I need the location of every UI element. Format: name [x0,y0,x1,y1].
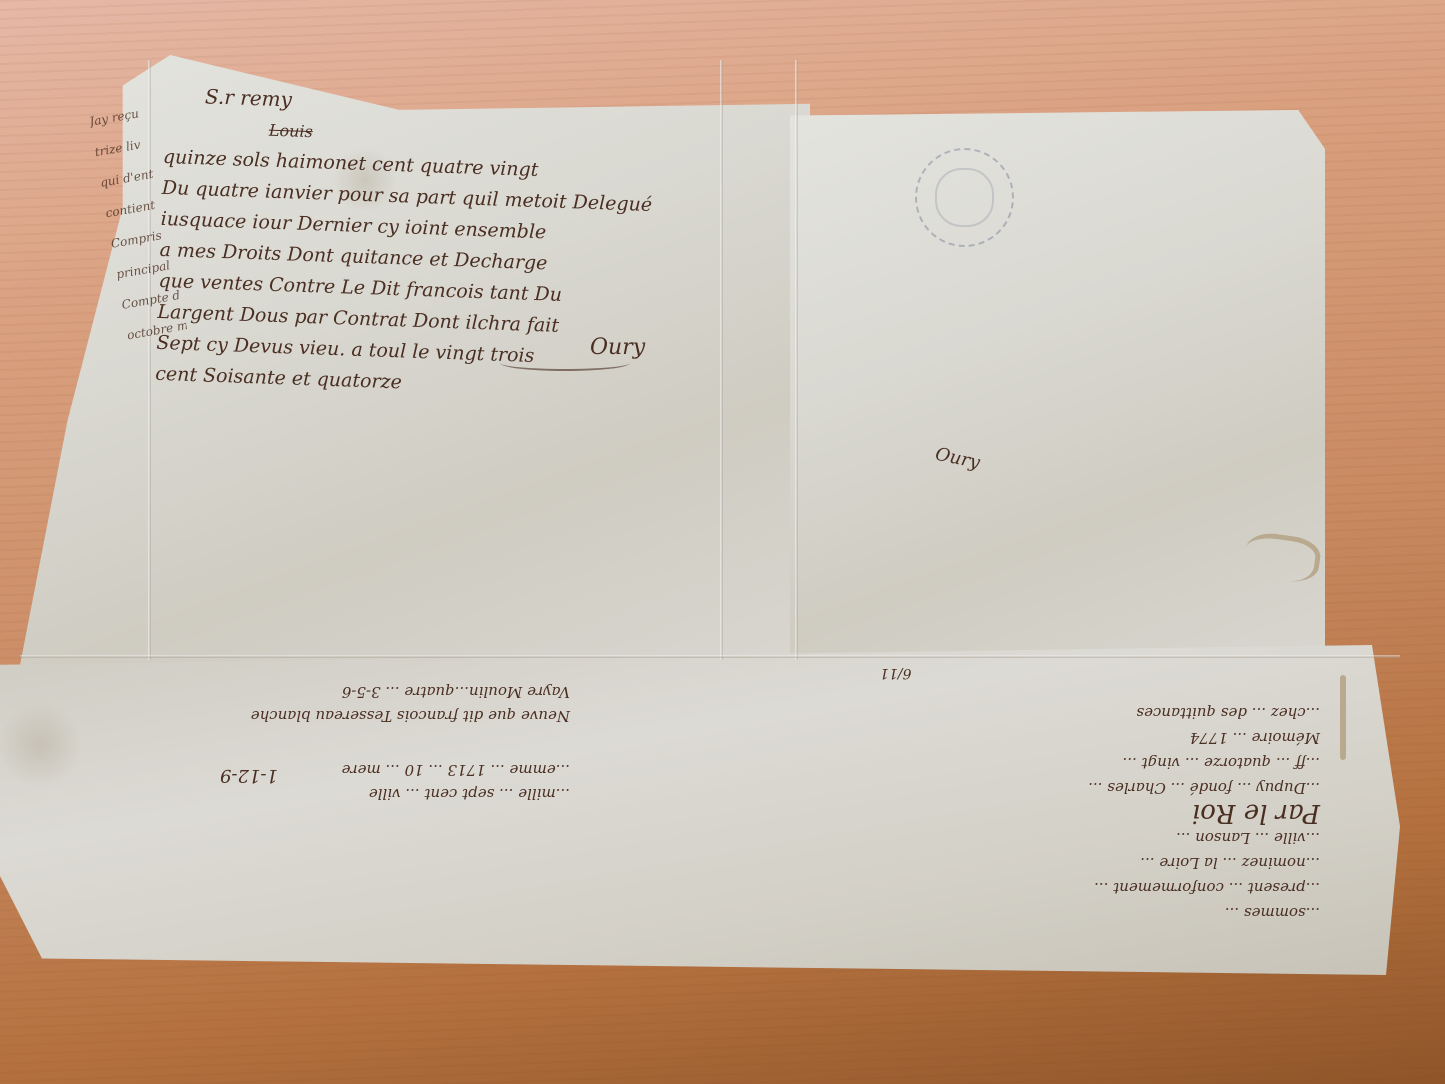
signature-flourish [500,355,630,371]
inverted-text-line: ...mille ... sept cent ... ville [10,782,570,806]
inverted-text-line: ...present ... conformement ... [560,875,1320,900]
inverted-text-line: Neuve que dit francois Tessereau blanche [10,704,570,728]
binding-cord [1340,675,1346,760]
reference-number: 1-12-9 [220,765,278,786]
inverted-text-line: Vayre Moulin...quatre ... 3-5-6 [10,680,570,704]
horizontal-fold-line [20,655,1400,658]
royal-formula: Par le Roi [560,800,1320,825]
fraction-mark: 6/11 [880,665,911,681]
main-handwritten-text: S.r remy Louis quinze sols haimonet cent… [155,80,745,410]
parchment-right-panel [790,110,1325,665]
inverted-text-line: ...emme ... 1713 ... 10 ... mere [10,758,570,782]
inverted-text-line: ...sommes ... [560,900,1320,925]
inverted-text-block-right: ...sommes ... ...present ... conformemen… [560,700,1320,925]
parchment-document: Jay reçu trize liv qui d'ent contient Co… [0,0,1445,1084]
inverted-text-line: ...ff ... quatorze ... vingt ... [560,750,1320,775]
inverted-text-line: ...nominez ... la Loire ... [560,850,1320,875]
seal-stamp-icon [915,148,1014,247]
vertical-fold-line [795,60,798,660]
inverted-text-line: ...ville ... Lanson ... [560,825,1320,850]
inverted-spacer [10,728,570,758]
inverted-text-line: ...Dupuy ... fondé ... Charles ... [560,775,1320,800]
inverted-text-block-left: ...mille ... sept cent ... ville ...emme… [10,680,570,806]
inverted-text-line: Mémoire ... 1774 [560,725,1320,750]
inverted-text-line: ...chez ... des quittances [560,700,1320,725]
seal-inner-ring [935,168,994,227]
